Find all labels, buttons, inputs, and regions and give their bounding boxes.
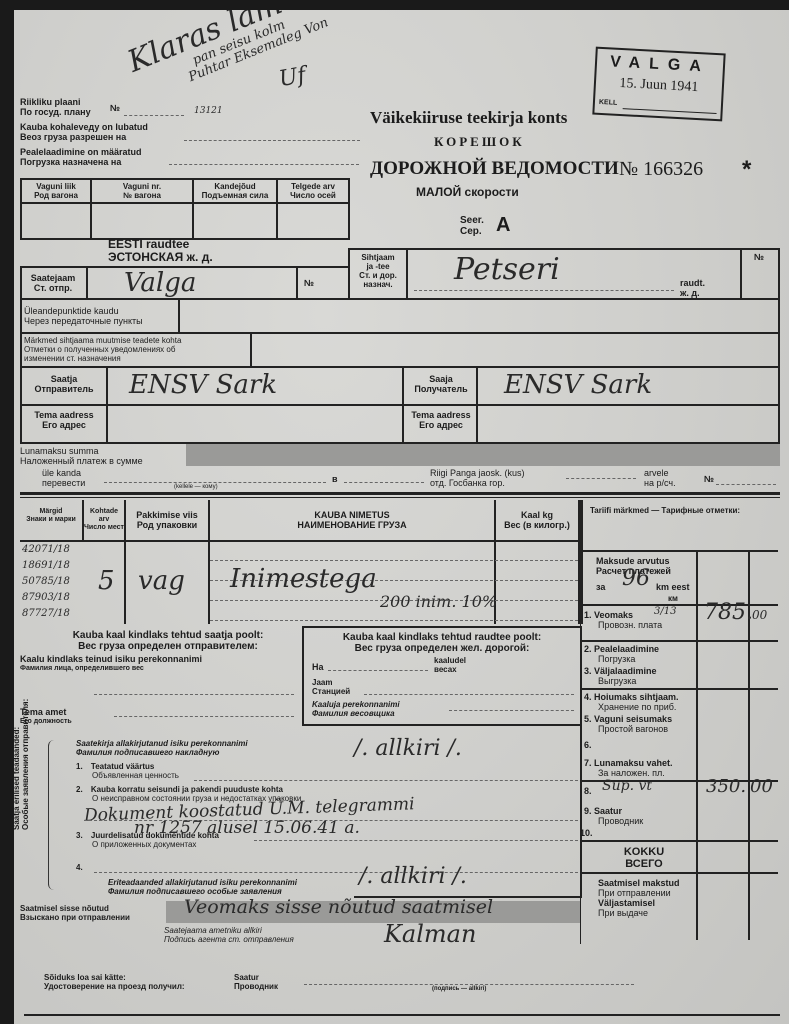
declaration-item-3-value: nr 1257 alusel 15.06.41 a. [134, 818, 360, 838]
cod-amount-field[interactable] [186, 444, 780, 466]
wagon-table: Vaguni liikРод вагона Vaguni nr.№ вагона… [20, 178, 350, 240]
receiver-label: SaajaПолучатель [406, 374, 476, 394]
tariff-row-1: 1. Veomaks Провозн. плата [584, 610, 662, 630]
sender-address-label: Tema aadressЕго адрес [22, 410, 106, 430]
cod-transfer-label: üle kandaперевести [42, 468, 85, 488]
origin-label: SaatejaamСт. отпр. [22, 273, 84, 293]
receiver-value: ENSV Sark [504, 370, 652, 400]
tariff-row-6: 6. [584, 740, 592, 750]
title-estonian: Väikekiiruse teekirja konts [370, 108, 567, 128]
railway-suffix: raudt.ж. д. [680, 278, 705, 298]
marks-header: MärgidЗнаки и марки [20, 508, 82, 524]
packing-header: Pakkimise viisРод упаковки [126, 510, 208, 530]
destination-value: Petseri [454, 252, 560, 287]
special-signer-label: Eriteadaanded allakirjutanud isiku perek… [108, 878, 297, 896]
series-value: A [496, 214, 510, 237]
to-whom-hint: (kellele — кому) [174, 484, 218, 490]
account-label: arveleна р/сч. [644, 468, 676, 488]
title-russian-3: МАЛОЙ скорости [416, 185, 519, 199]
bank-label: Riigi Panga jaosk. (kus)отд. Госбанка го… [430, 468, 525, 488]
wagon-type-header: Vaguni liikРод вагона [22, 182, 90, 200]
weight-header: Kaal kgВес (в килогр.) [496, 510, 578, 530]
sender-weighing-title: Kauba kaal kindlaks tehtud saatja poolt:… [28, 630, 308, 652]
tariff-row-3: 3. Väljalaadimine Выгрузка [584, 666, 657, 686]
axles-header: Telgede arvЧисло осей [278, 182, 348, 200]
collected-label: Saatmisel sisse nõutudВзыскано при отпра… [20, 904, 130, 922]
railway-weighing-box: Kauba kaal kindlaks tehtud raudtee poolt… [302, 626, 582, 726]
destination-change-notes-label: Märkmed sihtjaama muutmise teadete kohta… [24, 336, 181, 363]
cod-in-label: в [332, 474, 338, 484]
tariff-row-1-kop: 00 [752, 608, 767, 622]
km-label: km eest [656, 582, 690, 592]
agent-signature-label: Saatejaama ametniku allkiriПодпись агент… [164, 926, 294, 944]
capacity-header: KandejõudПодъемная сила [194, 182, 276, 200]
cargo-note-value: 200 inim. 10% [380, 592, 497, 611]
origin-no-label: № [304, 278, 314, 288]
declaration-item-4: 4. [76, 863, 83, 872]
origin-value: Valga [124, 268, 196, 298]
cargo-count-value: 5 [98, 566, 115, 596]
tariff-title: Tariifi märkmed — Тарифные отметки: [590, 506, 740, 515]
transport-permit-label: Kauba kohaleveду on lubatud Веоз груза р… [20, 122, 148, 142]
plan-no-value: 13121 [194, 106, 223, 116]
special-signer-value: /. allkiri /. [359, 864, 467, 889]
tariff-row-8-note: Sup. vt [602, 778, 652, 794]
tariff-row-10: 10. [580, 828, 593, 838]
stamp-date: 15. Juun 1941 [596, 75, 723, 98]
count-header: Kohtade arvЧисло мест [84, 508, 124, 532]
declaration-item-1: 1. Teatatud väärtus Объявленная ценность [76, 762, 179, 780]
weigher-name-label: Kaaluja perekonnanimiФамилия весовщика [312, 700, 400, 718]
handwritten-note: Klaras lamdi pan seisu kolm Puhtar Eksem… [124, 10, 331, 104]
conductor-label: SaaturПроводник [234, 973, 278, 991]
ticket-label: Sõiduks loa sai kätte:Удостоверение на п… [44, 973, 185, 991]
tariff-row-4: 4. Hoiumaks sihtjaam. Хранение по приб. [584, 692, 679, 712]
cargo-name-value: Inimestega [230, 564, 377, 594]
star-mark: * [742, 156, 751, 184]
tariff-row-8-rub: 350. [706, 776, 746, 797]
railway-weighing-title: Kauba kaal kindlaks tehtud raudtee poolt… [304, 632, 580, 654]
station-label: JaamСтанцией [312, 678, 350, 696]
signer-value: /. allkiri /. [354, 736, 462, 761]
tariff-row-8: 8. [584, 786, 592, 796]
plan-label: Riikliku plaani По госуд. плану [20, 97, 91, 117]
cod-amount-label: Lunamaksu summaНаложенный платеж в сумме [20, 446, 143, 466]
sender-label: SaatjaОтправитель [22, 374, 106, 394]
handwritten-initials: Uf [277, 63, 308, 92]
tariff-row-1-rub: 785. [704, 600, 753, 625]
paid-labels: Saatmisel makstud При отправлении Väljas… [598, 878, 680, 918]
signature-hint: (подпись — allkiri) [432, 986, 486, 992]
receiver-address-label: Tema aadressЕго адрес [406, 410, 476, 430]
account-no-label: № [704, 474, 714, 484]
collected-value: Veomaks sisse nõutud saatmisel [184, 896, 493, 918]
wagon-number-header: Vaguni nr.№ вагона [92, 182, 192, 200]
tariff-row-5: 5. Vaguni seisumaks Простой вагонов [584, 714, 672, 734]
plan-no-label: № [110, 103, 120, 113]
title-russian-2: ДОРОЖНОЙ ВЕДОМОСТИ [370, 158, 619, 180]
za-label: за [596, 582, 605, 592]
waybill-document: Klaras lamdi pan seisu kolm Puhtar Eksem… [14, 10, 789, 1024]
series-label: Seer.Сер. [460, 215, 484, 237]
tariff-row-9: 9. Saatur Проводник [584, 806, 643, 826]
railway-name: EESTI raudtee ЭСТОНСКАЯ ж. д. [108, 238, 213, 264]
destination-no-label: № [754, 252, 764, 262]
title-russian-1: КОРЕШОК [434, 134, 525, 150]
cargo-table: MärgidЗнаки и марки Kohtade arvЧисло мес… [20, 500, 580, 624]
cargo-marks-list: 42071/18 18691/18 50785/18 87903/18 8772… [22, 542, 70, 622]
transfer-points-label: Üleandepunktide kauduЧерез передаточные … [24, 306, 143, 326]
loading-label: Pealelaadimine on määratud Погрузка назн… [20, 147, 142, 167]
tariff-row-7: 7. Lunamaksu vahet. За наложен. пл. [584, 758, 673, 778]
tariff-row-2: 2. Pealelaadimine Погрузка [584, 644, 659, 664]
sender-value: ENSV Sark [129, 370, 277, 400]
total-label: KOKKUВСЕГО [614, 846, 674, 870]
date-stamp: VALGA 15. Juun 1941 KELL [592, 47, 725, 122]
sender-weigher-name-label: Kaalu kindlaks teinud isiku perekonnanim… [20, 654, 202, 674]
signer-label: Saatekirja allakirjutanud isiku perekonn… [76, 739, 248, 757]
tariff-row-1-note: 3/13 [654, 606, 676, 617]
tariff-row-8-kop: 00 [750, 776, 773, 797]
agent-signature-value: Kalman [384, 920, 476, 948]
km-label-ru: км [668, 594, 678, 603]
on-label: На [312, 662, 324, 672]
km-value: 96 [622, 566, 650, 591]
declarations-side-label: Saatja erilised teadaanded: Особые заявл… [14, 699, 30, 830]
cargo-packing-value: vag [138, 566, 185, 596]
cargo-name-header: KAUBA NIMETUSНАИМЕНОВАНИЕ ГРУЗА [210, 510, 494, 530]
document-number: № 166326 [619, 158, 703, 181]
stamp-station: VALGA [597, 53, 724, 78]
stamp-kell-label: KELL [599, 99, 618, 107]
scales-label: kaaludelвесах [434, 656, 466, 674]
destination-label: Sihtjaamja -tee Ст. и дор.назнач. [352, 253, 404, 289]
